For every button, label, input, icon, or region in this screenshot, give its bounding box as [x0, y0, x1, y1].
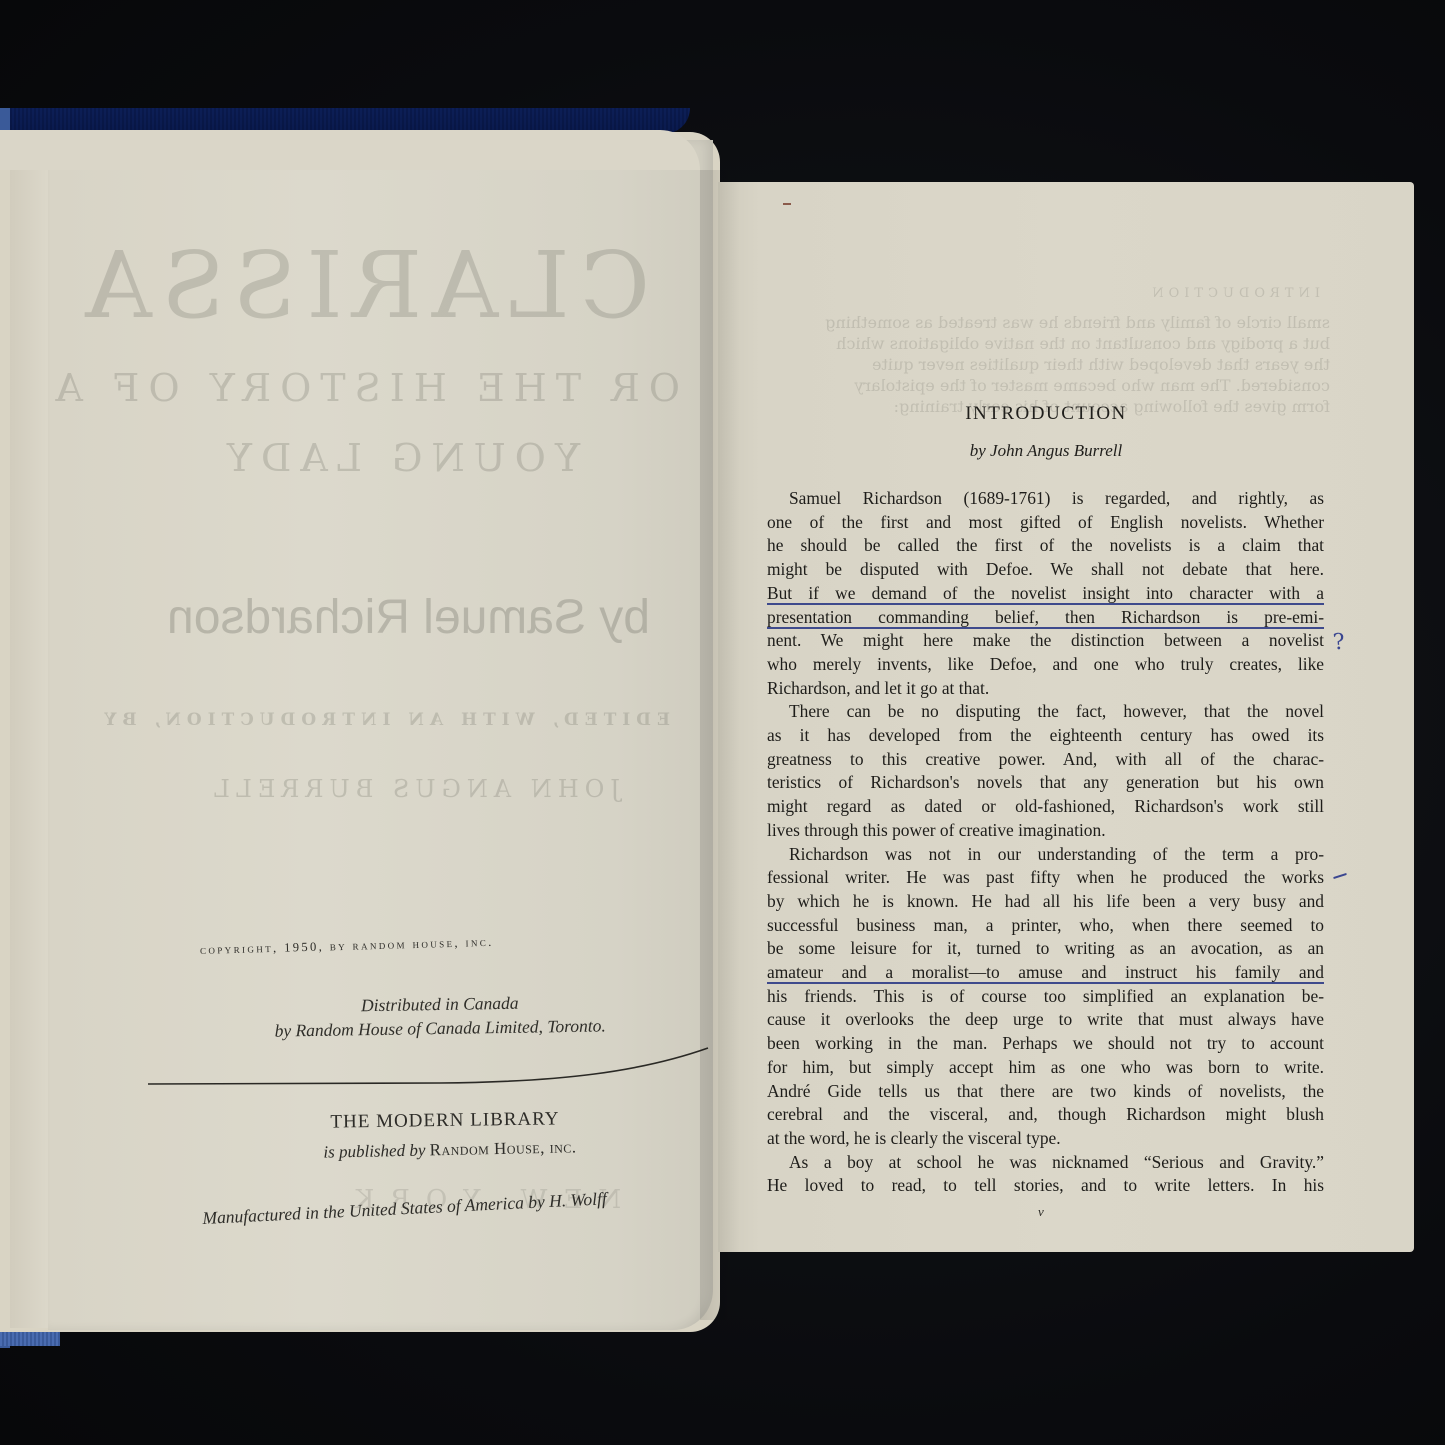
- text-line: lives through this power of creative ima…: [767, 819, 1324, 843]
- published-prefix: is published by: [323, 1141, 425, 1162]
- show-through-line: the years that developed with their qual…: [770, 355, 1330, 374]
- text-line: fessional writer. He was past fifty when…: [767, 866, 1324, 890]
- chapter-byline: by John Angus Burrell: [770, 441, 1322, 461]
- text-line: nent. We might here make the distinction…: [767, 629, 1324, 653]
- text-line: for him, but simply accept him as one wh…: [767, 1056, 1324, 1080]
- text-line: been working in the man. Perhaps we shou…: [767, 1032, 1324, 1056]
- show-through-line: but a prodigy and consultant on the nati…: [770, 334, 1330, 353]
- text-line: at the word, he is clearly the visceral …: [767, 1127, 1324, 1151]
- show-through-subtitle-2: YOUNG LADY: [230, 436, 580, 480]
- text-line: André Gide tells us that there are two k…: [767, 1080, 1324, 1104]
- underlined-text-line: amateur and a moralist—to amuse and inst…: [767, 961, 1324, 985]
- text-line: Richardson was not in our understanding …: [767, 843, 1324, 867]
- text-line: by which he is known. He had all his lif…: [767, 890, 1324, 914]
- text-line: Richardson, and let it go at that.: [767, 677, 1324, 701]
- text-line: his friends. This is of course too simpl…: [767, 985, 1324, 1009]
- text-line: teristics of Richardson's novels that an…: [767, 771, 1324, 795]
- show-through-line: small circle of family and friends he wa…: [770, 313, 1330, 332]
- text-line: might be disputed with Defoe. We shall n…: [767, 558, 1324, 582]
- show-through-title: CLARISSA: [150, 232, 650, 339]
- underlined-text-line: But if we demand of the novelist insight…: [767, 582, 1324, 606]
- distribution-notice: Distributed in Canada by Random House of…: [230, 989, 651, 1044]
- text-line: cerebral and the visceral, and, though R…: [767, 1103, 1324, 1127]
- text-line: As a boy at school he was nicknamed “Ser…: [767, 1151, 1324, 1175]
- text-line: Samuel Richardson (1689-1761) is regarde…: [767, 487, 1324, 511]
- text-line: There can be no disputing the fact, howe…: [767, 700, 1324, 724]
- show-through-editor: JOHN ANGUS BURRELL: [230, 775, 620, 803]
- introduction-body: Samuel Richardson (1689-1761) is regarde…: [767, 487, 1324, 1198]
- text-line: be some leisure for it, turned to writin…: [767, 937, 1324, 961]
- text-line: who merely invents, like Defoe, and one …: [767, 653, 1324, 677]
- flyleaf-strip: [10, 138, 51, 1328]
- publisher-name: Random House, inc.: [429, 1137, 576, 1159]
- text-line: greatness to this creative power. And, w…: [767, 748, 1324, 772]
- decorative-rule: [140, 1040, 715, 1090]
- text-line: one of the first and most gifted of Engl…: [767, 511, 1324, 535]
- chapter-title: INTRODUCTION: [770, 403, 1322, 425]
- text-line: as it has developed from the eighteenth …: [767, 724, 1324, 748]
- ink-speck: [783, 203, 791, 205]
- margin-question-mark-annotation: ?: [1332, 630, 1346, 656]
- show-through-author: by Samuel Richardson: [180, 590, 650, 645]
- text-line: might regard as dated or old-fashioned, …: [767, 795, 1324, 819]
- text-line: cause it overlooks the deep urge to writ…: [767, 1008, 1324, 1032]
- underlined-text-line: presentation commanding belief, then Ric…: [767, 606, 1324, 630]
- imprint-name: THE MODERN LIBRARY: [280, 1108, 610, 1135]
- show-through-line: considered. The man who became master of…: [770, 376, 1330, 395]
- show-through-edited-by: EDITED, WITH AN INTRODUCTION, BY: [170, 710, 670, 730]
- text-line: successful business man, a printer, who,…: [767, 914, 1324, 938]
- show-through-subtitle-1: OR THE HISTORY OF A: [100, 366, 680, 410]
- text-line: he should be called the first of the nov…: [767, 534, 1324, 558]
- page-number: v: [1038, 1204, 1044, 1220]
- show-through-running-head: INTRODUCTION: [760, 286, 1320, 301]
- text-line: He loved to read, to tell stories, and t…: [767, 1174, 1324, 1198]
